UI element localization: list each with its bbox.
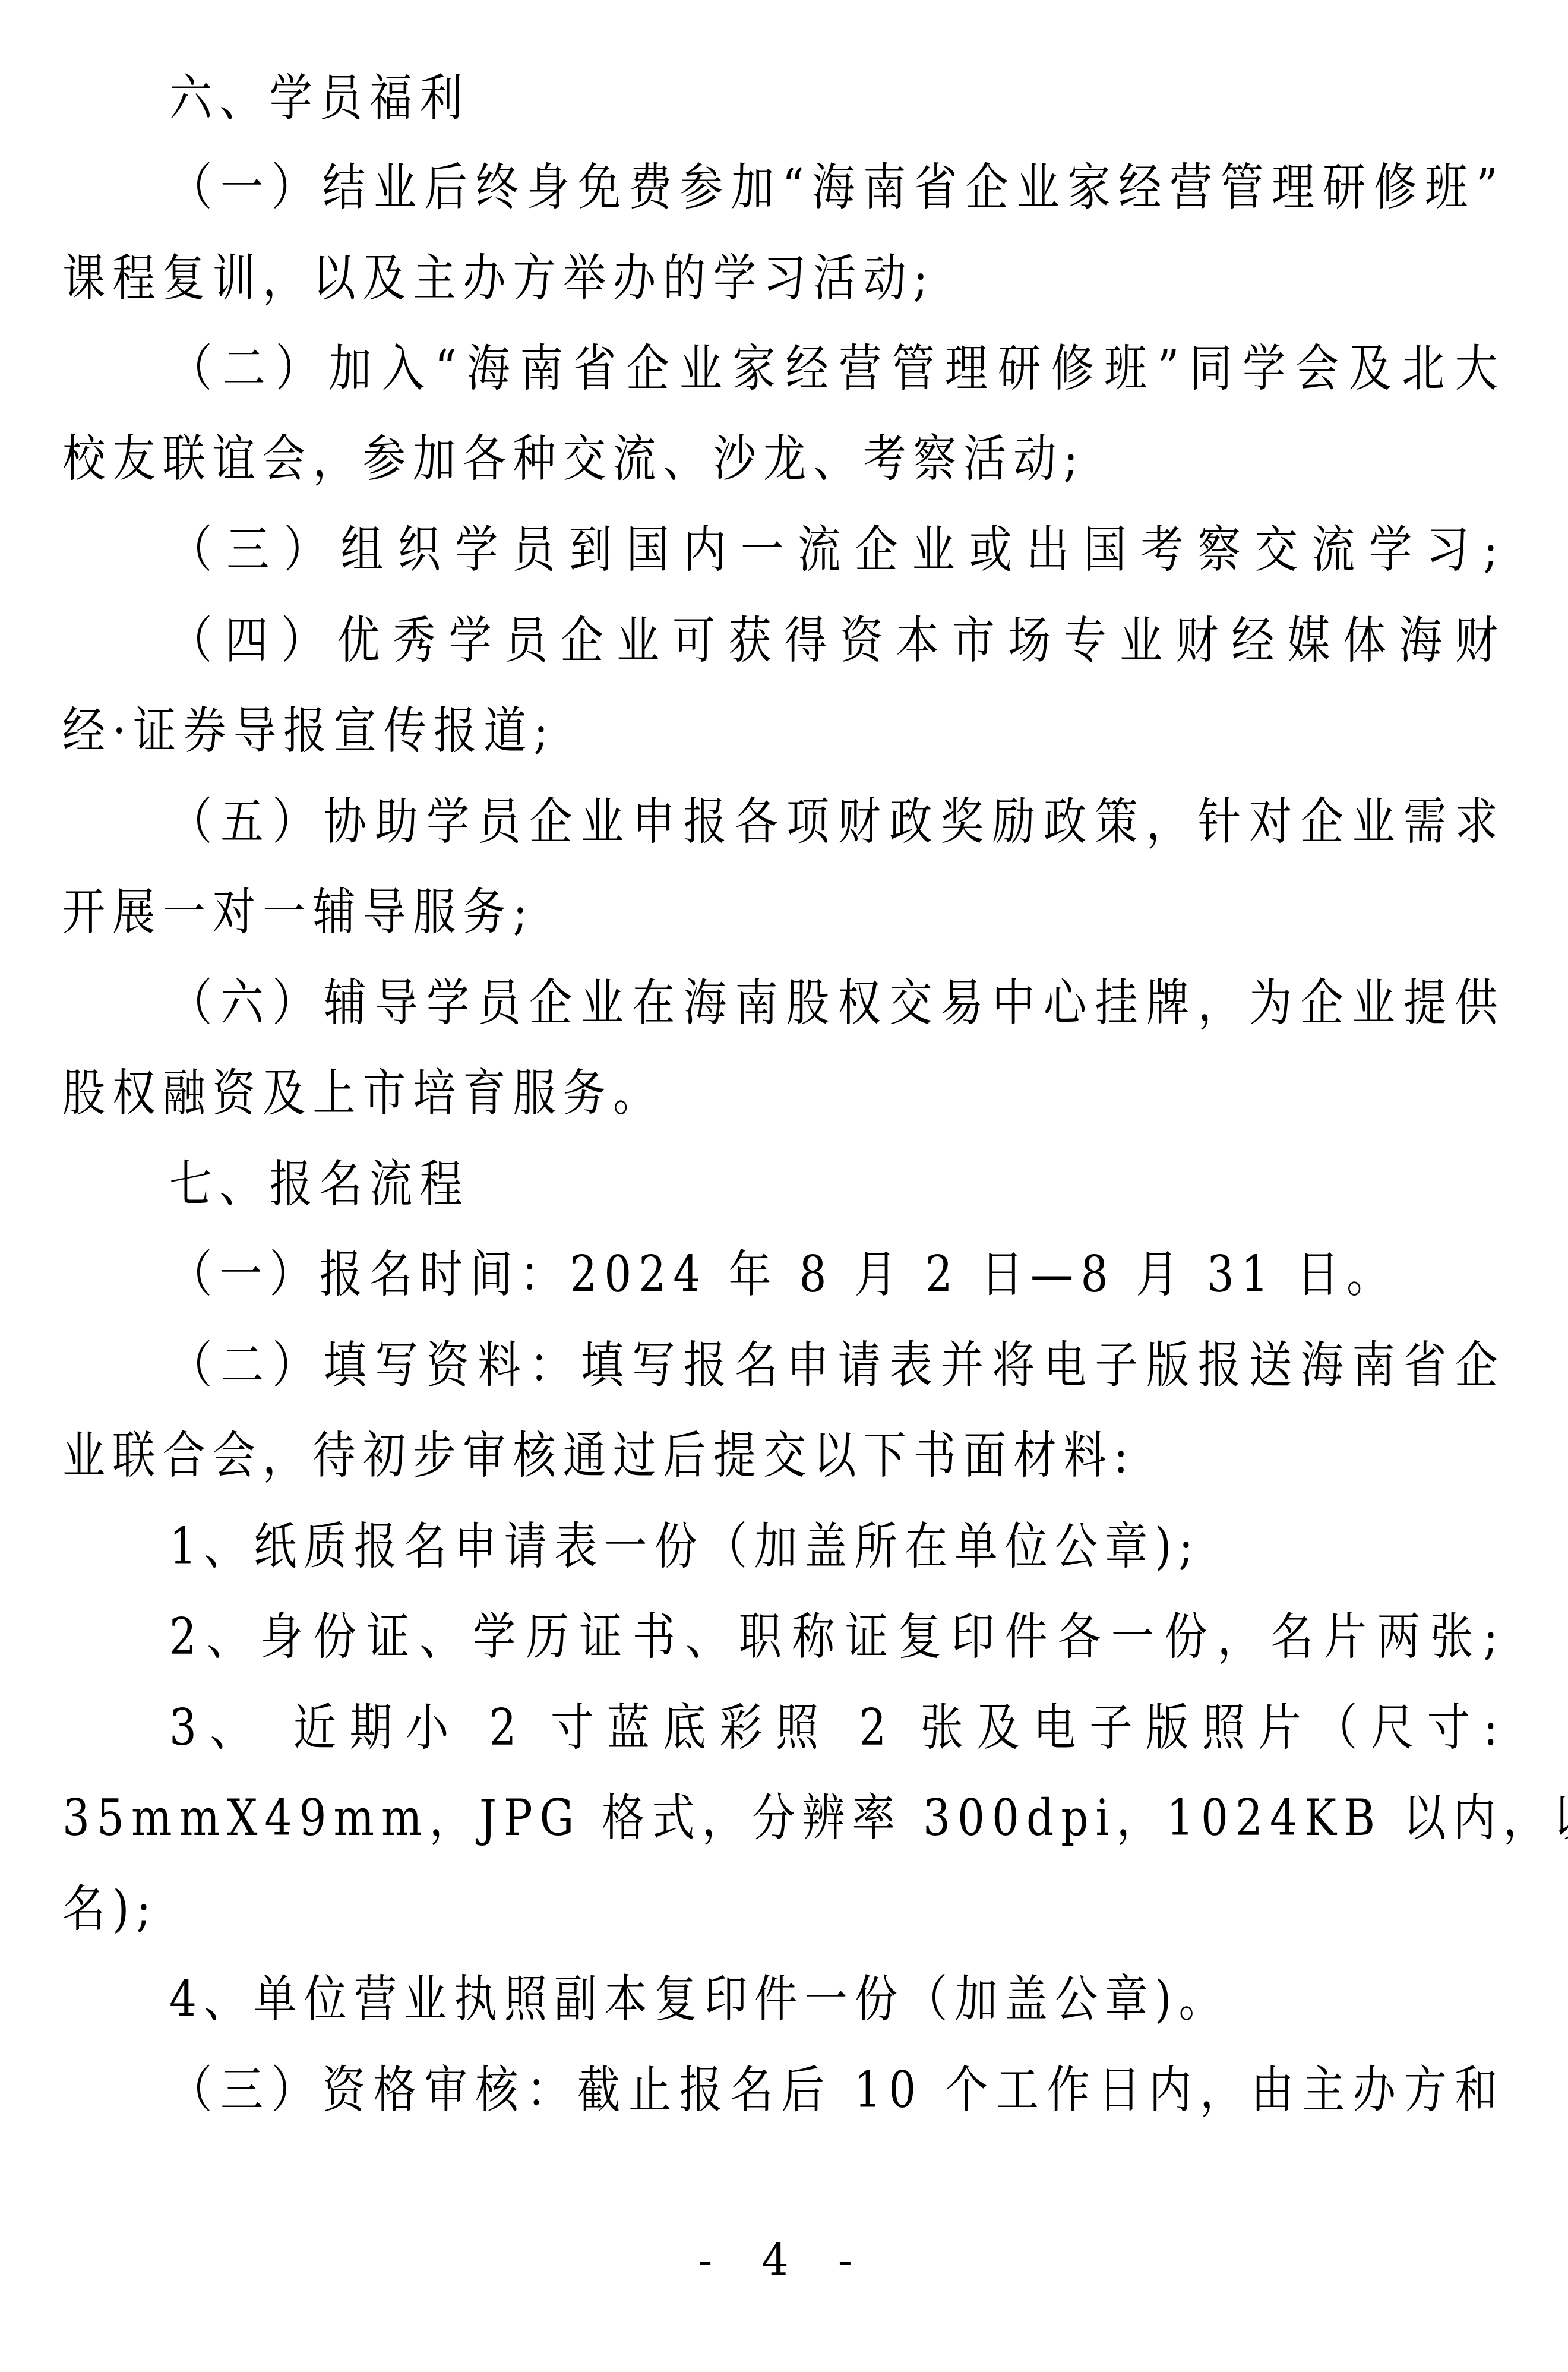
text-line: （一）结业后终身免费参加“海南省企业家经营管理研修班”: [169, 157, 1505, 217]
page-number: - 4 -: [0, 2234, 1568, 2287]
text-line: 4、单位营业执照副本复印件一份（加盖公章)。: [169, 1969, 1319, 2029]
text-line: （二）加入“海南省企业家经营管理研修班”同学会及北大: [169, 339, 1505, 398]
text-line: （三）资格审核：截止报名后 10 个工作日内，由主办方和: [169, 2060, 1505, 2120]
text-line: 课程复训，以及主办方举办的学习活动;: [62, 248, 1304, 308]
text-line: 经·证券导报宣传报道;: [62, 701, 1304, 760]
text-line: （三）组织学员到国内一流企业或出国考察交流学习;: [169, 520, 1505, 579]
text-line: 六、学员福利: [169, 68, 1319, 128]
text-line: （五）协助学员企业申报各项财政奖励政策，针对企业需求: [169, 792, 1505, 851]
document-page: 六、学员福利（一）结业后终身免费参加“海南省企业家经营管理研修班”课程复训，以及…: [0, 0, 1568, 2372]
text-line: 2、身份证、学历证书、职称证复印件各一份，名片两张;: [169, 1607, 1505, 1666]
text-line: 1、纸质报名申请表一份（加盖所在单位公章);: [169, 1517, 1319, 1576]
text-line: 股权融资及上市培育服务。: [62, 1063, 1304, 1123]
text-line: 3、 近期小 2 寸蓝底彩照 2 张及电子版照片（尺寸:: [169, 1698, 1505, 1757]
text-line: 校友联谊会，参加各种交流、沙龙、考察活动;: [62, 429, 1304, 488]
text-line: 名);: [62, 1879, 1304, 1938]
text-line: （一）报名时间：2024 年 8 月 2 日—8 月 31 日。: [169, 1245, 1319, 1304]
text-line: 开展一对一辅导服务;: [62, 882, 1304, 942]
text-line: （四）优秀学员企业可获得资本市场专业财经媒体海财: [169, 611, 1505, 670]
text-line: （六）辅导学员企业在海南股权交易中心挂牌，为企业提供: [169, 973, 1505, 1032]
text-line: 35mmX49mm，JPG 格式，分辨率 300dpi，1024KB 以内，以姓…: [62, 1788, 1506, 1847]
text-line: 七、报名流程: [169, 1154, 1319, 1214]
text-line: （二）填写资料：填写报名申请表并将电子版报送海南省企: [169, 1335, 1505, 1395]
text-line: 业联合会，待初步审核通过后提交以下书面材料:: [62, 1426, 1304, 1485]
